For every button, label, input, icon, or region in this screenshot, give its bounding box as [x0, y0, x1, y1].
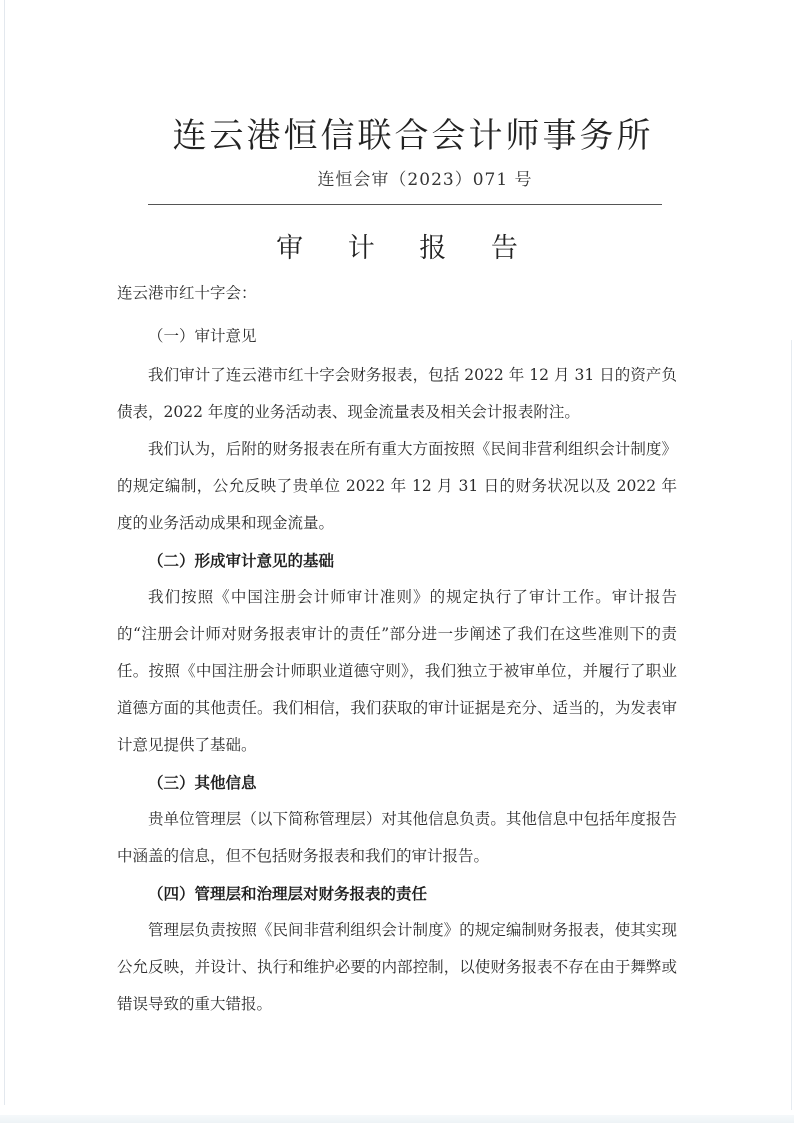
report-title: 审 计 报 告	[0, 226, 794, 265]
scan-edge-right	[791, 340, 792, 1110]
section-heading-basis: （二）形成审计意见的基础	[117, 542, 677, 579]
document-number: 连恒会审（2023）071 号	[0, 165, 794, 190]
section-heading-management-responsibility: （四）管理层和治理层对财务报表的责任	[117, 875, 677, 912]
paragraph: 我们审计了连云港市红十字会财务报表，包括 2022 年 12 月 31 日的资产…	[117, 357, 677, 431]
paragraph: 我们按照《中国注册会计师审计准则》的规定执行了审计工作。审计报告的“注册会计师对…	[117, 579, 677, 764]
report-body: 连云港市红十字会： （一）审计意见 我们审计了连云港市红十字会财务报表，包括 2…	[117, 275, 677, 1023]
section-heading-other-info: （三）其他信息	[117, 764, 677, 801]
header-divider	[148, 204, 662, 205]
scan-edge-bottom	[0, 1115, 794, 1123]
section-heading-opinion: （一）审计意见	[117, 318, 677, 355]
paragraph: 贵单位管理层（以下简称管理层）对其他信息负责。其他信息中包括年度报告中涵盖的信息…	[117, 801, 677, 875]
paragraph: 我们认为，后附的财务报表在所有重大方面按照《民间非营利组织会计制度》的规定编制，…	[117, 431, 677, 542]
firm-name: 连云港恒信联合会计师事务所	[0, 108, 794, 157]
paragraph: 管理层负责按照《民间非营利组织会计制度》的规定编制财务报表，使其实现公允反映，并…	[117, 912, 677, 1023]
salutation: 连云港市红十字会：	[117, 275, 677, 312]
